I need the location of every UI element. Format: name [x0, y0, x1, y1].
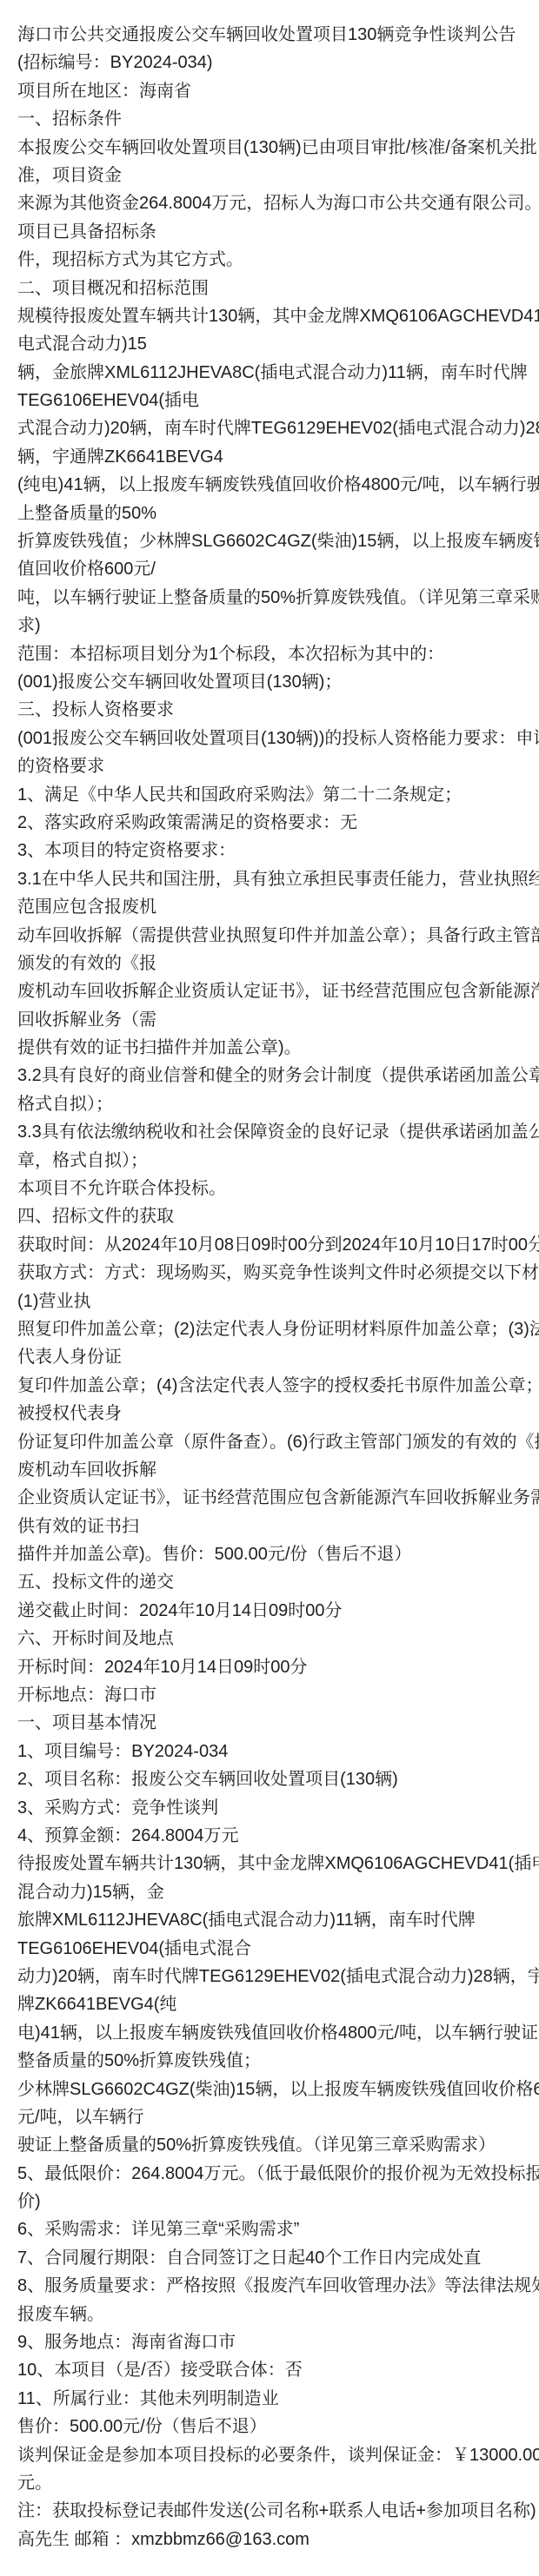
doc-text-line: 5、最低限价：264.8004万元。（低于最低限价的报价视为无效投标报	[17, 2160, 523, 2188]
doc-text-line: 电)41辆，以上报废车辆废铁残值回收价格4800元/吨，以车辆行驶证上	[17, 2019, 523, 2047]
doc-text-line: (001)报废公交车辆回收处置项目(130辆)；	[17, 668, 523, 696]
doc-text-line: 范围：本招标项目划分为1个标段，本次招标为其中的：	[17, 640, 523, 668]
doc-text-line: 项目已具备招标条	[17, 218, 523, 246]
doc-text-line: 7、合同履行期限：自合同签订之日起40个工作日内完成处直	[17, 2244, 523, 2272]
doc-text-line: (001报废公交车辆回收处置项目(130辆))的投标人资格能力要求：申请人	[17, 725, 523, 752]
doc-text-line: 折算废铁残值；少林牌SLG6602C4GZ(柴油)15辆，以上报废车辆废铁残	[17, 527, 523, 555]
doc-text-line: 2、项目名称：报废公交车辆回收处置项目(130辆)	[17, 1765, 523, 1793]
doc-text-line: 1、满足《中华人民共和国政府采购法》第二十二条规定；	[17, 781, 523, 809]
doc-text-line: 被授权代表身	[17, 1400, 523, 1427]
doc-text-line: 代表人身份证	[17, 1343, 523, 1371]
doc-text-line: 规模待报废处置车辆共计130辆，其中金龙牌XMQ6106AGCHEVD41(插	[17, 302, 523, 330]
doc-text-line: 范围应包含报废机	[17, 893, 523, 921]
doc-text-line: 动力)20辆，南车时代牌TEG6129EHEV02(插电式混合动力)28辆，宇通	[17, 1963, 523, 1990]
announcement-title-line: 海口市公共交通报废公交车辆回收处置项目130辆竞争性谈判公告	[17, 21, 523, 49]
doc-text-line: 提供有效的证书扫描件并加盖公章)。	[17, 1034, 523, 1062]
doc-text-line: 废机动车回收拆解	[17, 1456, 523, 1484]
doc-text-line: 售价：500.00元/份（售后不退）	[17, 2413, 523, 2440]
doc-text-line: 混合动力)15辆，金	[17, 1878, 523, 1906]
doc-text-line: 8、服务质量要求：严格按照《报废汽车回收管理办法》等法律法规处理	[17, 2272, 523, 2300]
doc-text-line: 辆，金旅牌XML6112JHEVA8C(插电式混合动力)11辆，南车时代牌	[17, 359, 523, 387]
doc-text-line: 3.3具有依法缴纳税收和社会保障资金的良好记录（提供承诺函加盖公	[17, 1118, 523, 1146]
doc-text-line: 件，现招标方式为其它方式。	[17, 246, 523, 274]
doc-text-line: 开标地点：海口市	[17, 1681, 523, 1709]
doc-text-line: 待报废处置车辆共计130辆，其中金龙牌XMQ6106AGCHEVD41(插电式	[17, 1850, 523, 1877]
doc-text-line: 式混合动力)20辆，南车时代牌TEG6129EHEV02(插电式混合动力)28	[17, 414, 523, 442]
doc-text-line: 3、采购方式：竞争性谈判	[17, 1794, 523, 1822]
doc-text-line: 注：获取投标登记表邮件发送(公司名称+联系人电话+参加项目名称)	[17, 2497, 523, 2525]
doc-text-line: 谈判保证金是参加本项目投标的必要条件，谈判保证金：￥13000.00	[17, 2441, 523, 2469]
doc-text-line: 企业资质认定证书》，证书经营范围应包含新能源汽车回收拆解业务需提	[17, 1484, 523, 1512]
doc-text-line: 1、项目编号：BY2024-034	[17, 1738, 523, 1765]
doc-text-line: 3、本项目的特定资格要求：	[17, 837, 523, 864]
doc-text-line: 整备质量的50%折算废铁残值；	[17, 2047, 523, 2075]
doc-text-line: 的资格要求	[17, 752, 523, 780]
doc-text-line: TEG6106EHEV04(插电式混合	[17, 1935, 523, 1963]
doc-text-line: 格式自拟）；	[17, 1090, 523, 1118]
doc-text-line: 少林牌SLG6602C4GZ(柴油)15辆，以上报废车辆废铁残值回收价格600	[17, 2076, 523, 2103]
doc-text-line: 描件并加盖公章)。售价：500.00元/份（售后不退）	[17, 1540, 523, 1568]
doc-text-line: 章，格式自拟）；	[17, 1147, 523, 1175]
doc-text-line: 三、投标人资格要求	[17, 696, 523, 724]
doc-text-line: 4、预算金额：264.8004万元	[17, 1822, 523, 1850]
doc-text-line: 回收拆解业务（需	[17, 1006, 523, 1034]
doc-text-line: 照复印件加盖公章；(2)法定代表人身份证明材料原件加盖公章；(3)法定	[17, 1315, 523, 1343]
doc-text-line: 价)	[17, 2188, 523, 2215]
doc-text-line: 2、落实政府采购政策需满足的资格要求：无	[17, 809, 523, 837]
doc-text-line: 颁发的有效的《报	[17, 950, 523, 977]
doc-text-line: 复印件加盖公章；(4)含法定代表人签字的授权委托书原件加盖公章；(5)	[17, 1372, 523, 1400]
doc-text-line: 10、本项目（是/否）接受联合体：否	[17, 2356, 523, 2384]
doc-text-line: 报废车辆。	[17, 2301, 523, 2328]
doc-text-line: 五、投标文件的递交	[17, 1568, 523, 1596]
doc-text-line: 11、所属行业：其他未列明制造业	[17, 2385, 523, 2413]
doc-text-line: 项目所在地区：海南省	[17, 77, 523, 105]
doc-text-line: 值回收价格600元/	[17, 555, 523, 583]
doc-text-line: 四、招标文件的获取	[17, 1202, 523, 1230]
doc-text-line: 开标时间：2024年10月14日09时00分	[17, 1653, 523, 1681]
doc-text-line: 本项目不允许联合体投标。	[17, 1175, 523, 1202]
doc-text-line: 驶证上整备质量的50%折算废铁残值。（详见第三章采购需求）	[17, 2131, 523, 2159]
doc-text-line: 元。	[17, 2469, 523, 2497]
doc-text-line: (招标编号：BY2024-034)	[17, 49, 523, 76]
doc-text-line: (1)营业执	[17, 1288, 523, 1315]
doc-text-line: 上整备质量的50%	[17, 500, 523, 527]
doc-text-line: 本报废公交车辆回收处置项目(130辆)已由项目审批/核准/备案机关批	[17, 134, 523, 162]
doc-text-line: 供有效的证书扫	[17, 1513, 523, 1540]
doc-text-line: 吨，以车辆行驶证上整备质量的50%折算废铁残值。（详见第三章采购需	[17, 584, 523, 612]
doc-text-line: 动车回收拆解（需提供营业执照复印件并加盖公章）；具备行政主管部门	[17, 922, 523, 950]
doc-text-line: 递交截止时间：2024年10月14日09时00分	[17, 1597, 523, 1625]
doc-text-line: 3.1在中华人民共和国注册，具有独立承担民事责任能力，营业执照经营	[17, 865, 523, 893]
document-page: 海口市公共交通报废公交车辆回收处置项目130辆竞争性谈判公告(招标编号：BY20…	[0, 0, 539, 2553]
doc-text-line: 旅牌XML6112JHEVA8C(插电式混合动力)11辆，南车时代牌	[17, 1906, 523, 1934]
doc-text-line: 3.2具有良好的商业信誉和健全的财务会计制度（提供承诺函加盖公章，	[17, 1062, 523, 1089]
doc-text-line: 六、开标时间及地点	[17, 1625, 523, 1652]
doc-text-line: 6、采购需求：详见第三章“采购需求”	[17, 2215, 523, 2243]
doc-text-line: 牌ZK6641BEVG4(纯	[17, 1990, 523, 2018]
doc-text-line: 求)	[17, 612, 523, 639]
doc-text-line: 辆，宇通牌ZK6641BEVG4	[17, 443, 523, 471]
doc-text-line: (纯电)41辆，以上报废车辆废铁残值回收价格4800元/吨，以车辆行驶证	[17, 471, 523, 499]
doc-text-line: 获取时间：从2024年10月08日09时00分到2024年10月10日17时00…	[17, 1231, 523, 1259]
doc-text-line: 获取方式：方式：现场购买，购买竞争性谈判文件时必须提交以下材料：	[17, 1259, 523, 1287]
doc-text-line: 份证复印件加盖公章（原件备查）。(6)行政主管部门颁发的有效的《报	[17, 1428, 523, 1456]
doc-text-line: 9、服务地点：海南省海口市	[17, 2328, 523, 2356]
doc-text-line: 电式混合动力)15	[17, 330, 523, 358]
doc-text-line: 二、项目概况和招标范围	[17, 275, 523, 302]
doc-text-line: 一、招标条件	[17, 105, 523, 133]
doc-text-line: 准，项目资金	[17, 162, 523, 189]
doc-text-line: 一、项目基本情况	[17, 1709, 523, 1737]
doc-text-line: 高先生 邮箱 ：xmzbbmz66@163.com	[17, 2526, 523, 2553]
doc-text-line: TEG6106EHEV04(插电	[17, 387, 523, 414]
doc-text-line: 元/吨，以车辆行	[17, 2103, 523, 2131]
doc-text-line: 来源为其他资金264.8004万元，招标人为海口市公共交通有限公司。本	[17, 189, 523, 217]
doc-text-line: 废机动车回收拆解企业资质认定证书》，证书经营范围应包含新能源汽车	[17, 977, 523, 1005]
